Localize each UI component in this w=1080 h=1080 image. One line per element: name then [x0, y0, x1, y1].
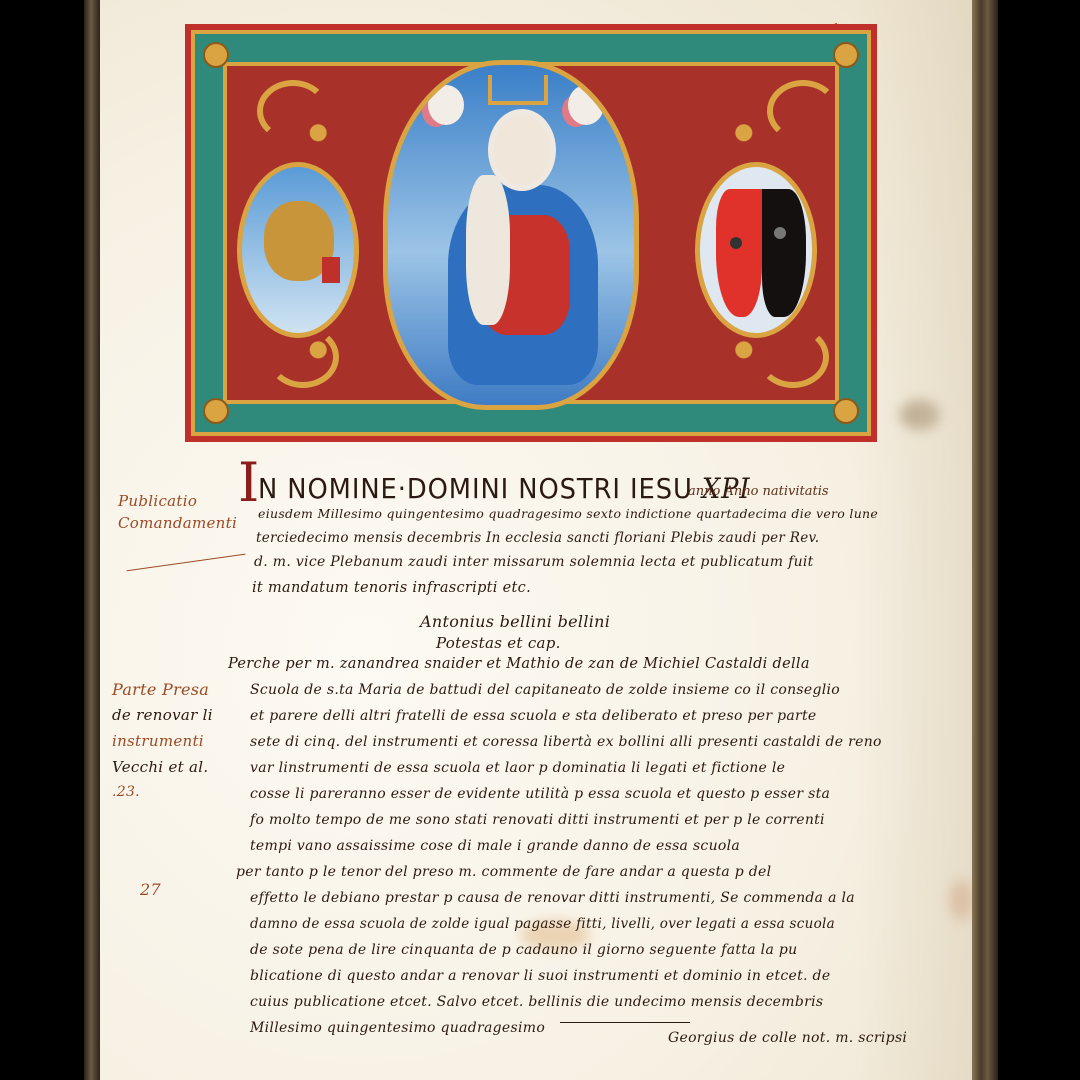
ornamental-field	[227, 66, 835, 400]
acanthus-scroll-icon	[767, 80, 839, 142]
shield-black-half	[762, 189, 806, 317]
illuminated-miniature	[185, 24, 877, 442]
stain	[900, 400, 940, 430]
acanthus-scroll-icon	[257, 80, 329, 142]
shield-roundel-icon	[774, 227, 786, 239]
body-line: effetto le debiano prestar p causa de re…	[250, 890, 855, 906]
gold-boss-icon	[203, 398, 229, 424]
gold-boss-icon	[203, 42, 229, 68]
issuer-title: Potestas et cap.	[436, 634, 561, 652]
christ-child	[466, 175, 510, 325]
book-icon	[322, 257, 340, 283]
body-line: Millesimo quingentesimo quadragesimo	[250, 1020, 545, 1036]
body-line: fo molto tempo de me sono stati renovati…	[250, 812, 825, 828]
intro-line: eiusdem Millesimo quingentesimo quadrage…	[258, 506, 878, 521]
body-line: et parere delli altri fratelli de essa s…	[250, 708, 817, 724]
intro-line: terciedecimo mensis decembris In ecclesi…	[256, 530, 819, 546]
shield-roundel-icon	[730, 237, 742, 249]
body-line: de sote pena de lire cinquanta de p cada…	[250, 942, 797, 958]
gold-boss-icon	[833, 398, 859, 424]
angel-icon	[428, 85, 464, 125]
body-line: per tanto p le tenor del preso m. commen…	[236, 864, 771, 880]
shield-red-half	[716, 189, 762, 317]
body-line: sete di cinq. del instrumenti et coressa…	[250, 734, 882, 750]
margin-note-line: de renovar li	[112, 706, 213, 724]
flourish-rule	[560, 1022, 690, 1023]
margin-note-line: Vecchi et al.	[112, 758, 208, 776]
invocation-heading: N NOMINE·DOMINI NOSTRI IESU XPI	[258, 472, 751, 505]
margin-note-number: .23.	[112, 784, 140, 800]
gold-boss-icon	[833, 42, 859, 68]
coat-of-arms-medallion	[695, 162, 817, 338]
margin-note-line: instrumenti	[112, 732, 204, 750]
virgin-and-child-medallion	[383, 60, 639, 410]
stain	[950, 880, 974, 920]
intro-line: d. m. vice Plebanum zaudi inter missarum…	[254, 554, 814, 570]
margin-note-comandamenti: Comandamenti	[118, 514, 237, 532]
issuer-name: Antonius bellini bellini	[420, 612, 610, 631]
body-line: var linstrumenti de essa scuola et laor …	[250, 760, 785, 776]
heading-continuation: anno Anno nativitatis	[688, 484, 829, 499]
margin-note-publicatio: Publicatio	[118, 492, 197, 510]
body-line: cuius publicatione etcet. Salvo etcet. b…	[250, 994, 823, 1010]
body-line: damno de essa scuola de zolde igual paga…	[250, 916, 835, 932]
body-line: blicatione di questo andar a renovar li …	[250, 968, 830, 984]
margin-note-line: Parte Presa	[112, 680, 209, 699]
lion-of-saint-mark-medallion	[237, 162, 359, 338]
notary-signature: Georgius de colle not. m. scripsi	[668, 1030, 907, 1046]
intro-line: it mandatum tenoris infrascripti etc.	[252, 580, 531, 596]
book-binding-right	[972, 0, 998, 1080]
body-line: cosse li pareranno esser de evidente uti…	[250, 786, 830, 802]
heading-text: N NOMINE·DOMINI NOSTRI IESU	[258, 472, 693, 505]
red-initial-letter: I	[238, 456, 259, 510]
body-line: Scuola de s.ta Maria de battudi del capi…	[250, 682, 840, 698]
margin-note-number: 27	[140, 880, 161, 899]
crown-icon	[488, 75, 548, 105]
body-line: Perche per m. zanandrea snaider et Mathi…	[228, 656, 810, 672]
angel-icon	[568, 85, 604, 125]
body-line: tempi vano assaissime cose di male i gra…	[250, 838, 740, 854]
